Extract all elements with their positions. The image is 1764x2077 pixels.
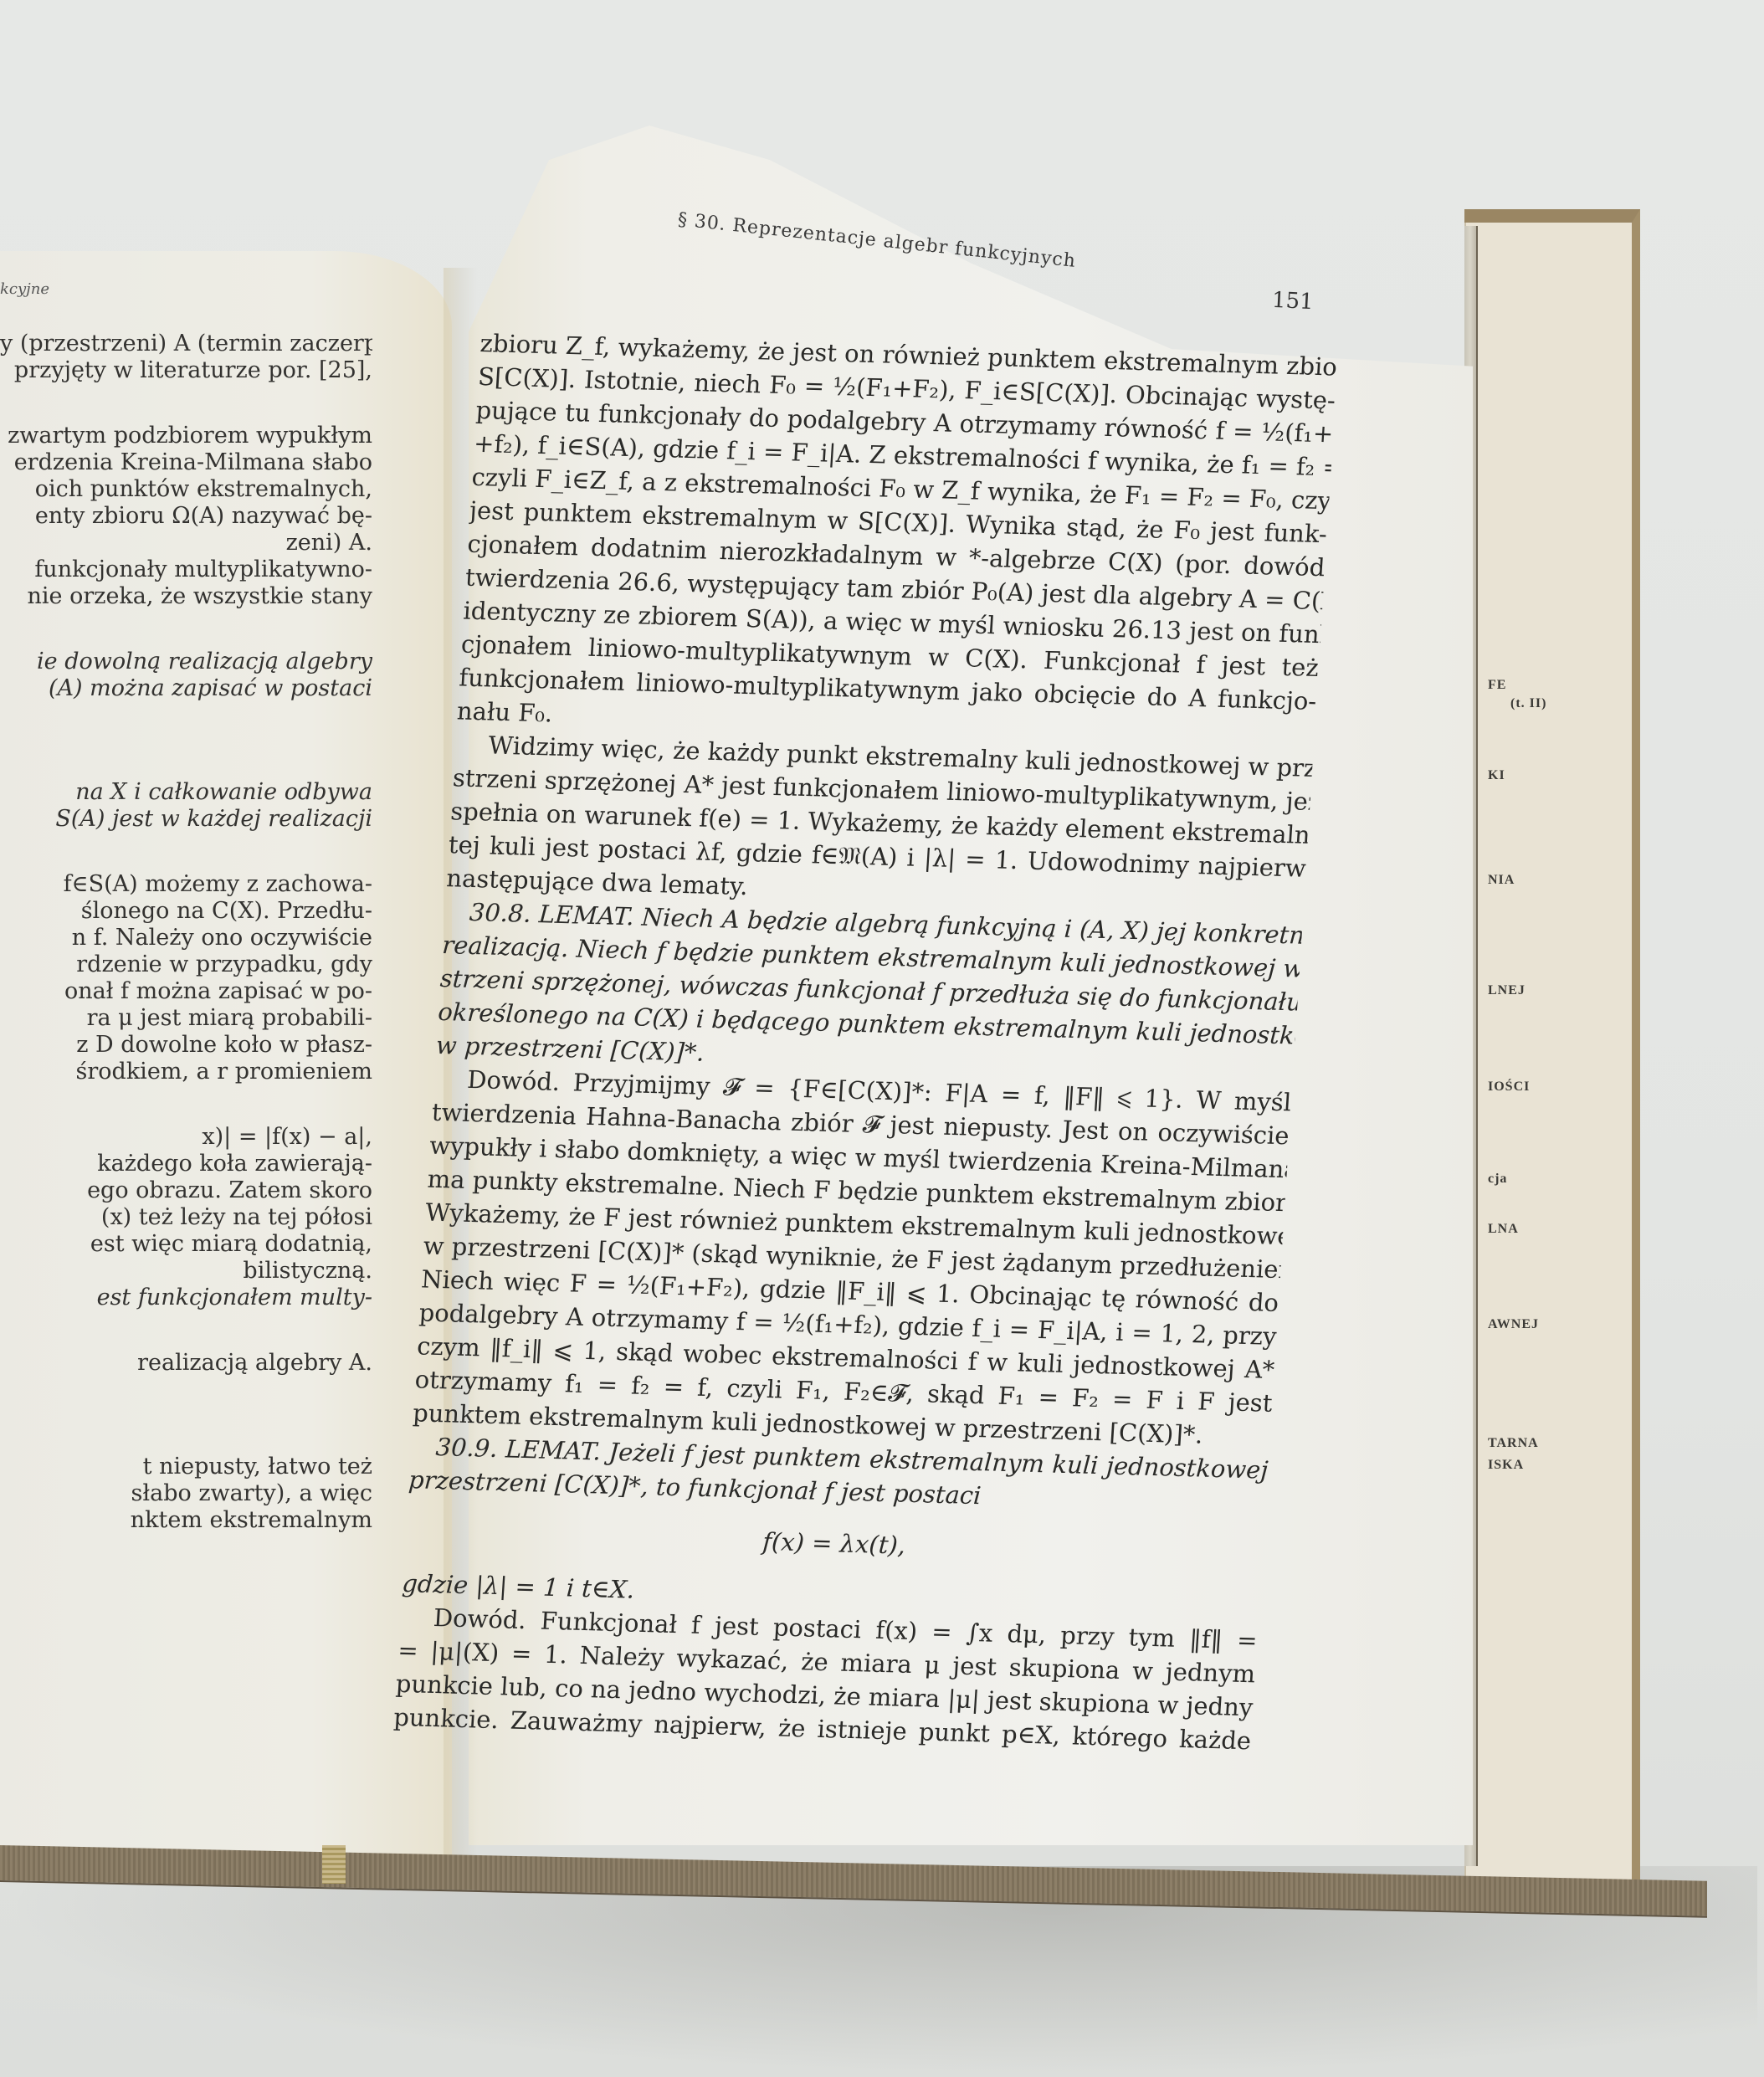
book-cover-board [1464,209,1640,1888]
text-line: oich punktów ekstremalnych, [0,476,372,503]
next-page-text-fragment: LNEJ [1488,983,1526,998]
paragraph-gap [0,1085,372,1124]
display-formula: f(x) = λx(t), [404,1515,1264,1572]
next-page-text-fragment: FE [1488,678,1506,693]
text-line: ślonego na C(X). Przedłu- [0,898,372,925]
text-line: realizacją algebry A. [0,1350,372,1377]
text-line: enty zbioru Ω(A) nazywać bę- [0,503,372,530]
text-line: y (przestrzeni) A (termin zaczerp- [0,331,372,357]
left-page-text: y (przestrzeni) A (termin zaczerp-przyję… [0,331,372,1534]
text-line: nktem ekstremalnym [0,1507,372,1534]
next-page-text-fragment: LNA [1488,1222,1519,1237]
text-line: z D dowolne koło w płasz- [0,1032,372,1059]
next-page-text-fragment: NIA [1488,873,1515,888]
text-line: (A) można zapisać w postaci [0,675,372,702]
paragraph-gap [0,1311,372,1350]
text-line: t niepusty, łatwo też [0,1454,372,1480]
paragraph-gap [0,384,372,423]
next-page-text-fragment: (t. II) [1510,696,1546,711]
text-line: nie orzeka, że wszystkie stany [0,583,372,610]
text-line: bilistyczną. [0,1258,372,1285]
paragraph-gap [0,1415,372,1454]
text-line: (x) też leży na tej półosi [0,1204,372,1231]
text-line: funkcjonały multyplikatywno- [0,556,372,583]
left-running-head: kcyjne [0,280,49,298]
next-page-text-fragment: TARNA [1488,1436,1539,1451]
text-line: zeni) A. [0,530,372,556]
text-line: rdzenie w przypadku, gdy [0,951,372,978]
text-line: ie dowolną realizacją algebry [0,649,372,675]
text-line: est funkcjonałem multy- [0,1285,372,1311]
text-line: ra μ jest miarą probabili- [0,1005,372,1032]
photo-scene: FE(t. II)KINIALNEJIOŚCIcjaLNAAWNEJTARNAI… [0,0,1764,2077]
next-page-text-fragment: AWNEJ [1488,1317,1539,1332]
text-line: x)| = |f(x) − a|, [0,1124,372,1151]
text-line: erdzenia Kreina-Milmana słabo [0,449,372,476]
paragraph-gap [0,610,372,649]
next-page-text-fragment: cja [1488,1172,1507,1187]
page-number: 151 [1271,288,1314,315]
text-line: S(A) jest w każdej realizacji [0,806,372,833]
text-line: n f. Należy ono oczywiście [0,925,372,951]
binding-headband [322,1845,346,1884]
text-line: est więc miarą dodatnią, [0,1231,372,1258]
text-line: przyjęty w literaturze por. [25], [0,357,372,384]
paragraph-gap [0,702,372,741]
next-page-text-fragment: IOŚCI [1488,1080,1530,1095]
text-line: f∈S(A) możemy z zachowa- [0,871,372,898]
next-page-text-fragment: ISKA [1488,1458,1524,1473]
text-line: na X i całkowanie odbywa [0,779,372,806]
text-line: zwartym podzbiorem wypukłym [0,423,372,449]
right-page-text: zbioru Z_f, wykażemy, że jest on również… [392,326,1338,1757]
text-line: onał f można zapisać w po- [0,978,372,1005]
next-page-text-fragment: KI [1488,768,1505,783]
paragraph-gap [0,833,372,871]
text-line: słabo zwarty), a więc [0,1480,372,1507]
text-line: środkiem, a r promieniem [0,1059,372,1085]
text-line: ego obrazu. Zatem skoro [0,1177,372,1204]
paragraph-gap [0,1377,372,1415]
paragraph-gap [0,741,372,779]
text-line: każdego koła zawierają- [0,1151,372,1177]
